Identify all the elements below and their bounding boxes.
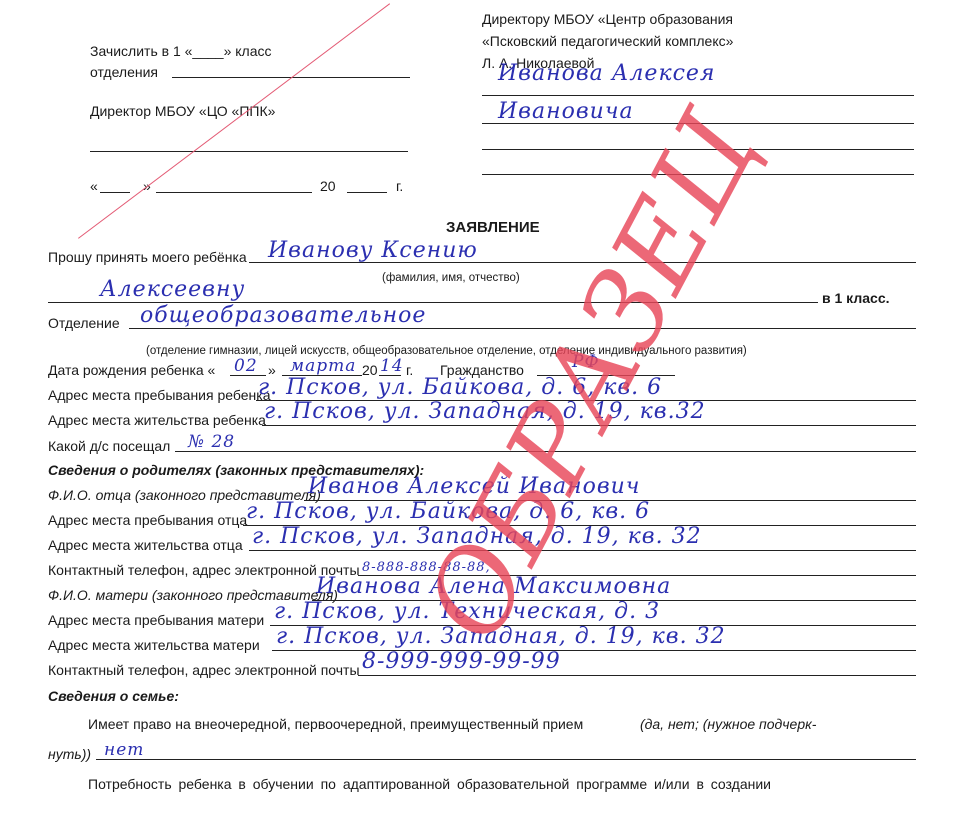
priority-value[interactable]: нет [104, 738, 144, 762]
department-field-line [129, 328, 916, 329]
priority-hint-end: нуть)) [48, 746, 91, 762]
year-label: 20 [320, 178, 336, 194]
kindergarten-label: Какой д/с посещал [48, 438, 170, 454]
mother-contact-value[interactable]: 8-999-999-99-99 [362, 650, 561, 674]
year-suffix: г. [396, 178, 403, 194]
child-name-field-2[interactable]: Алексеевну [100, 278, 245, 302]
department-field-value[interactable]: общеобразовательное [140, 304, 426, 328]
father-contact-label: Контактный телефон, адрес электронной по… [48, 562, 360, 578]
mother-residence-label: Адрес места жительства матери [48, 637, 260, 653]
child-name-field-1[interactable]: Иванову Ксению [268, 239, 478, 263]
priority-text: Имеет право на внеочередной, первоочеред… [88, 716, 583, 732]
department-label: отделения [90, 64, 158, 80]
father-residence-line [249, 550, 916, 551]
addressee-line-2: «Псковский педагогический комплекс» [482, 33, 733, 49]
resolution-month-line[interactable] [156, 192, 312, 193]
resolution-day-line[interactable] [100, 192, 130, 193]
applicant-line-1 [482, 95, 914, 96]
director-signature-line[interactable] [90, 151, 408, 152]
mother-stay-label: Адрес места пребывания матери [48, 612, 264, 628]
birth-label: Дата рождения ребенка « [48, 362, 215, 378]
page-title: ЗАЯВЛЕНИЕ [446, 220, 540, 236]
father-residence-label: Адрес места жительства отца [48, 537, 243, 553]
family-heading: Сведения о семье: [48, 688, 179, 704]
birth-day-value[interactable]: 02 [234, 354, 258, 378]
applicant-name-1[interactable]: Иванова Алексея [498, 62, 716, 86]
kindergarten-value[interactable]: № 28 [188, 430, 235, 454]
request-label: Прошу принять моего ребёнка [48, 249, 247, 265]
cancel-slash [78, 3, 390, 239]
child-residence-label: Адрес места жительства ребенка [48, 412, 266, 428]
mother-contact-line [358, 675, 916, 676]
fio-hint: (фамилия, имя, отчество) [382, 270, 520, 286]
enroll-line: Зачислить в 1 «____» класс [90, 43, 271, 59]
date-open-quote: « [90, 178, 98, 194]
addressee-line-1: Директору МБОУ «Центр образования [482, 11, 733, 27]
priority-line [96, 759, 916, 760]
mother-contact-label: Контактный телефон, адрес электронной по… [48, 662, 360, 678]
applicant-name-2[interactable]: Ивановича [498, 100, 634, 124]
grade-suffix: в 1 класс. [822, 290, 890, 306]
priority-hint: (да, нет; (нужное подчерк- [640, 716, 816, 732]
child-stay-label: Адрес места пребывания ребенка [48, 387, 271, 403]
department-field-label: Отделение [48, 315, 120, 331]
adapted-program-text: Потребность ребенка в обучении по адапти… [88, 776, 771, 792]
father-stay-label: Адрес места пребывания отца [48, 512, 247, 528]
resolution-year-line[interactable] [347, 192, 387, 193]
